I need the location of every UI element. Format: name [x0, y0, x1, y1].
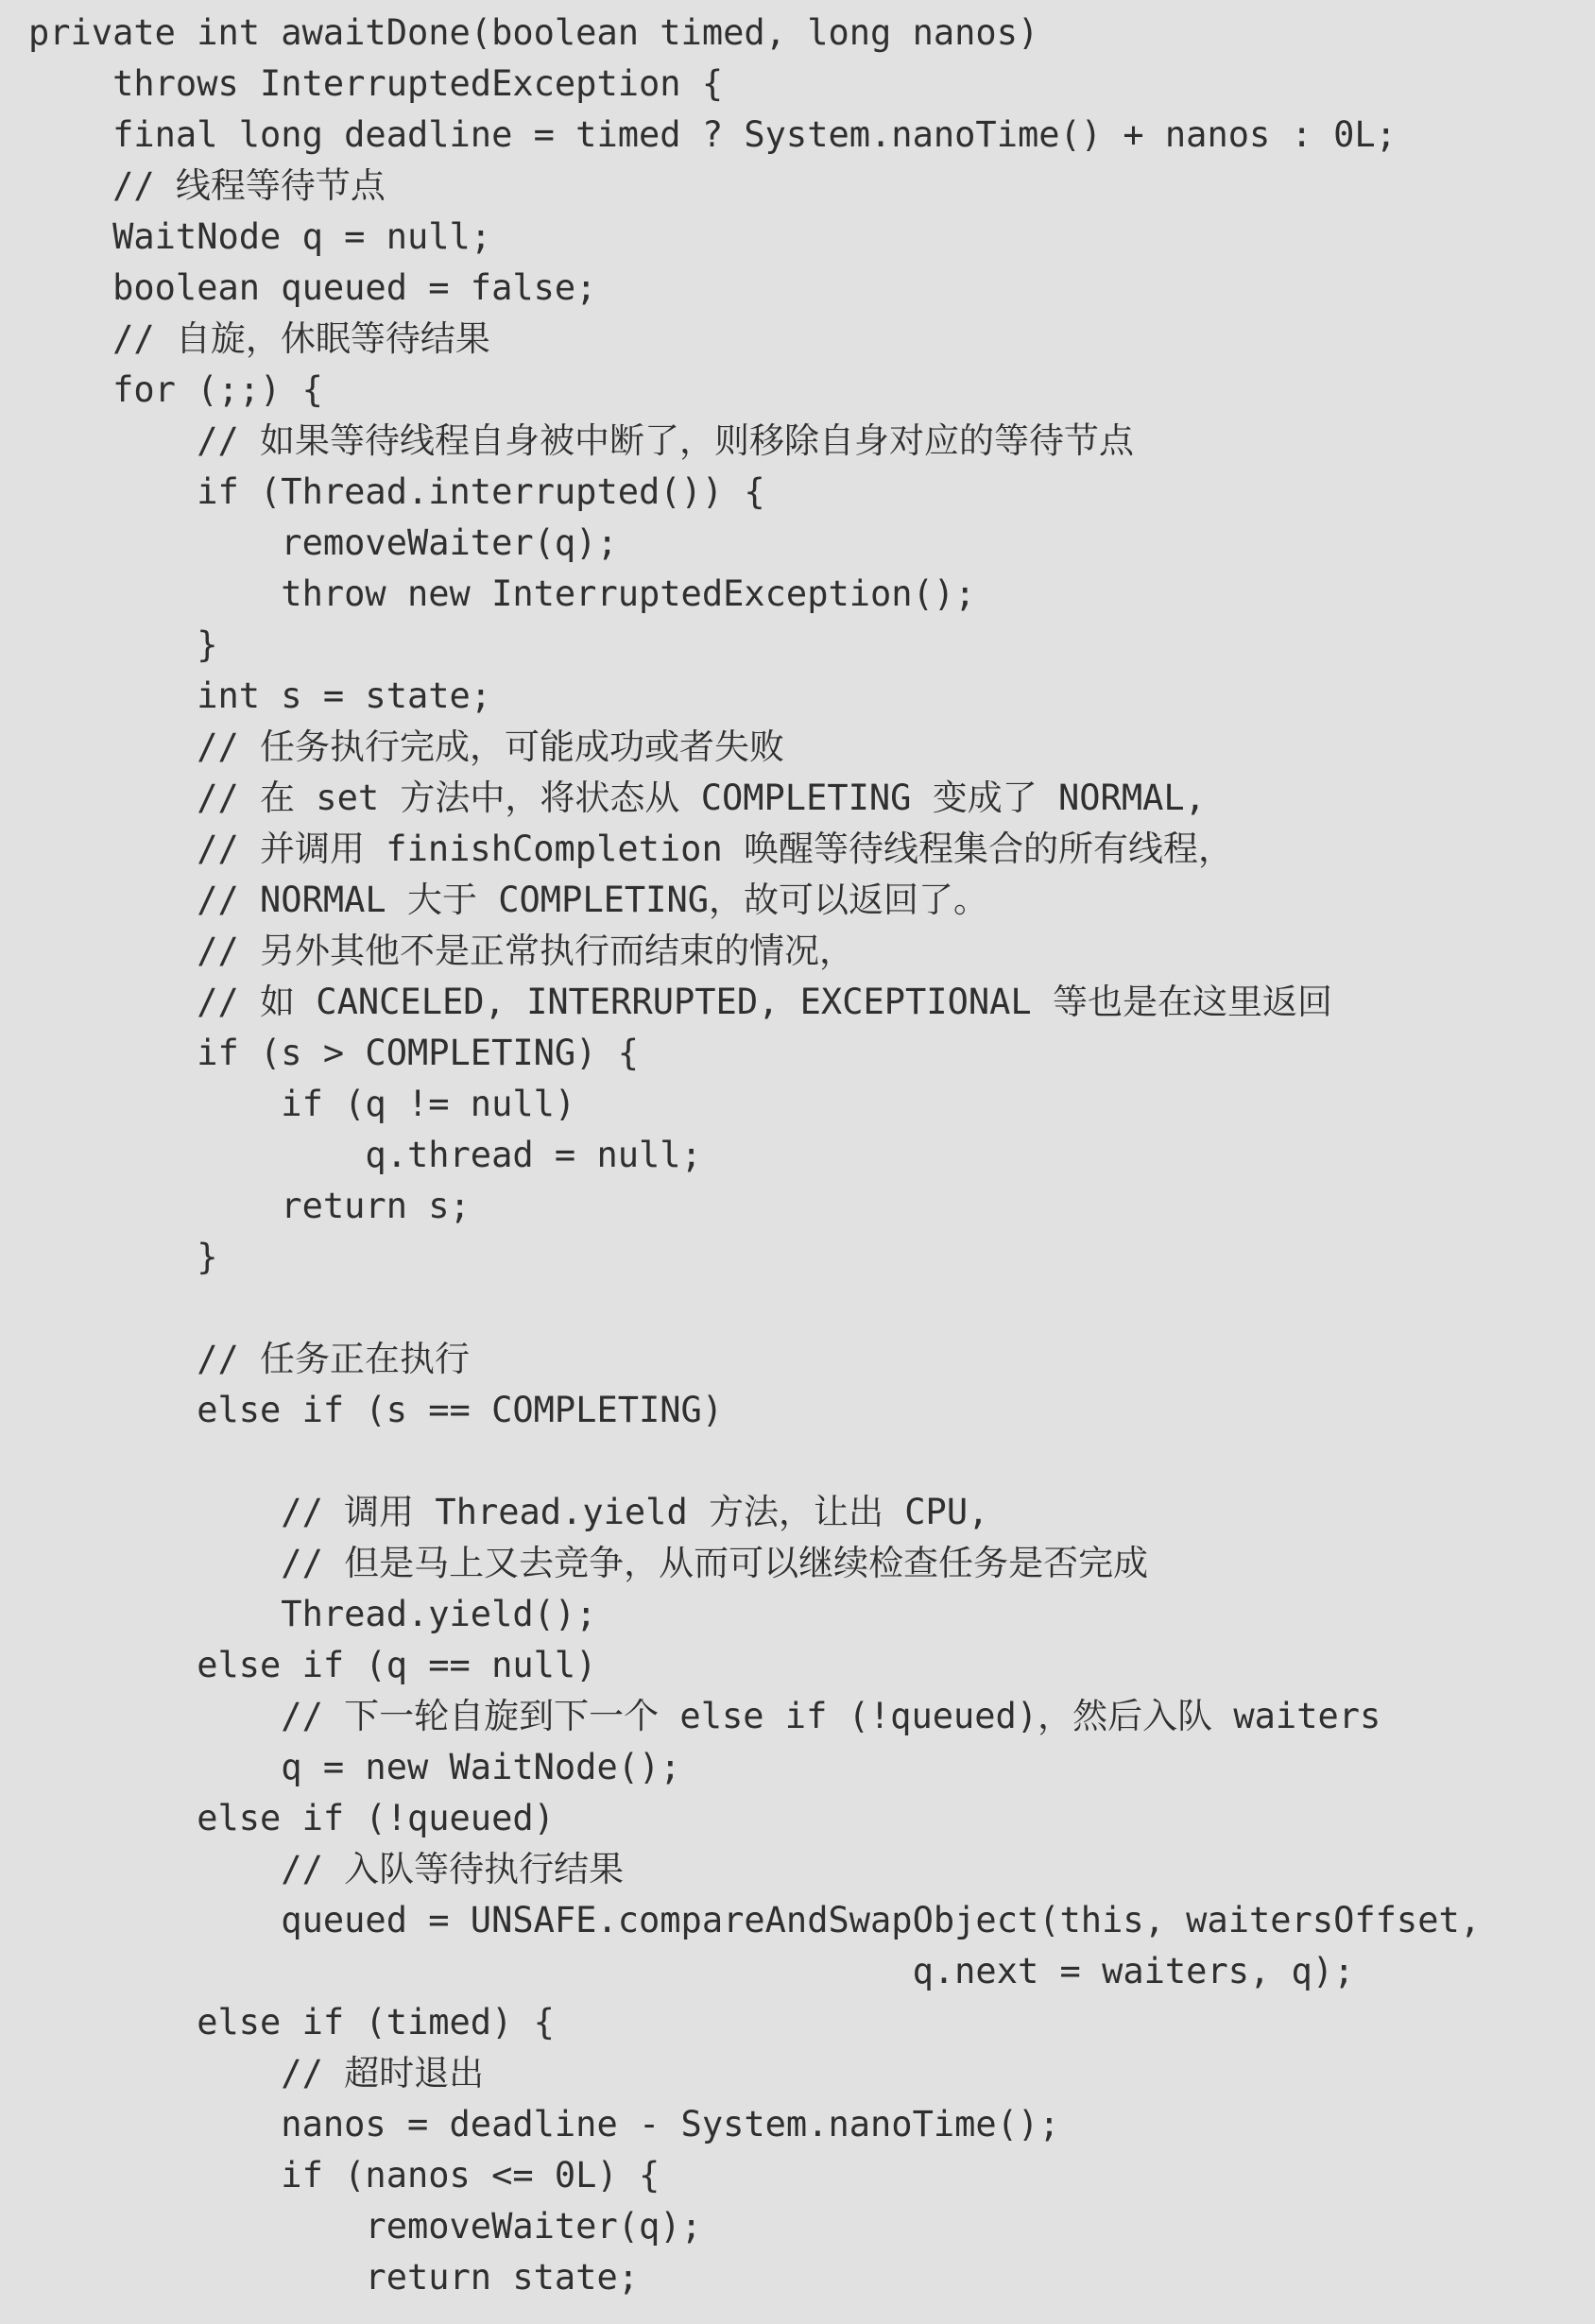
- code-line: if (s > COMPLETING) {: [28, 1028, 1595, 1079]
- code-line: // 并调用 finishCompletion 唤醒等待线程集合的所有线程，: [28, 824, 1595, 875]
- code-line: // 调用 Thread.yield 方法，让出 CPU,: [28, 1487, 1595, 1538]
- code-line: // 任务执行完成，可能成功或者失败: [28, 722, 1595, 773]
- code-line: // 下一轮自旋到下一个 else if (!queued)，然后入队 wait…: [28, 1691, 1595, 1742]
- code-line: nanos = deadline - System.nanoTime();: [28, 2099, 1595, 2150]
- code-line: if (Thread.interrupted()) {: [28, 467, 1595, 518]
- code-line: else if (q == null): [28, 1640, 1595, 1691]
- code-line: return state;: [28, 2252, 1595, 2303]
- code-line: [28, 1283, 1595, 1334]
- code-line: // 超时退出: [28, 2048, 1595, 2099]
- code-line: q = new WaitNode();: [28, 1742, 1595, 1793]
- code-line: // 自旋，休眠等待结果: [28, 314, 1595, 365]
- code-line: WaitNode q = null;: [28, 212, 1595, 263]
- code-line: }: [28, 620, 1595, 671]
- code-line: // 线程等待节点: [28, 161, 1595, 212]
- code-line: // 如 CANCELED, INTERRUPTED, EXCEPTIONAL …: [28, 977, 1595, 1028]
- code-line: final long deadline = timed ? System.nan…: [28, 110, 1595, 161]
- code-line: if (q != null): [28, 1079, 1595, 1130]
- code-line: else if (timed) {: [28, 1997, 1595, 2048]
- code-line: throw new InterruptedException();: [28, 569, 1595, 620]
- code-line: int s = state;: [28, 671, 1595, 722]
- code-line: removeWaiter(q);: [28, 2201, 1595, 2252]
- code-line: q.thread = null;: [28, 1130, 1595, 1181]
- code-line: // 另外其他不是正常执行而结束的情况，: [28, 926, 1595, 977]
- code-line: else if (s == COMPLETING): [28, 1385, 1595, 1436]
- code-line: // 入队等待执行结果: [28, 1844, 1595, 1895]
- code-line: }: [28, 1232, 1595, 1283]
- code-line: if (nanos <= 0L) {: [28, 2150, 1595, 2201]
- code-line: Thread.yield();: [28, 1589, 1595, 1640]
- code-line: // NORMAL 大于 COMPLETING，故可以返回了。: [28, 875, 1595, 926]
- code-line: return s;: [28, 1181, 1595, 1232]
- code-line: [28, 1436, 1595, 1487]
- code-line: throws InterruptedException {: [28, 59, 1595, 110]
- code-line: // 在 set 方法中，将状态从 COMPLETING 变成了 NORMAL,: [28, 773, 1595, 824]
- code-line: removeWaiter(q);: [28, 518, 1595, 569]
- code-line: boolean queued = false;: [28, 263, 1595, 314]
- code-line: else if (!queued): [28, 1793, 1595, 1844]
- code-line: q.next = waiters, q);: [28, 1946, 1595, 1997]
- code-line: // 如果等待线程自身被中断了，则移除自身对应的等待节点: [28, 416, 1595, 467]
- code-block: private int awaitDone(boolean timed, lon…: [28, 8, 1595, 2303]
- code-line: private int awaitDone(boolean timed, lon…: [28, 8, 1595, 59]
- code-line: queued = UNSAFE.compareAndSwapObject(thi…: [28, 1895, 1595, 1946]
- code-line: // 但是马上又去竞争，从而可以继续检查任务是否完成: [28, 1538, 1595, 1589]
- code-line: // 任务正在执行: [28, 1334, 1595, 1385]
- code-line: for (;;) {: [28, 365, 1595, 416]
- code-listing-page: private int awaitDone(boolean timed, lon…: [0, 0, 1595, 2324]
